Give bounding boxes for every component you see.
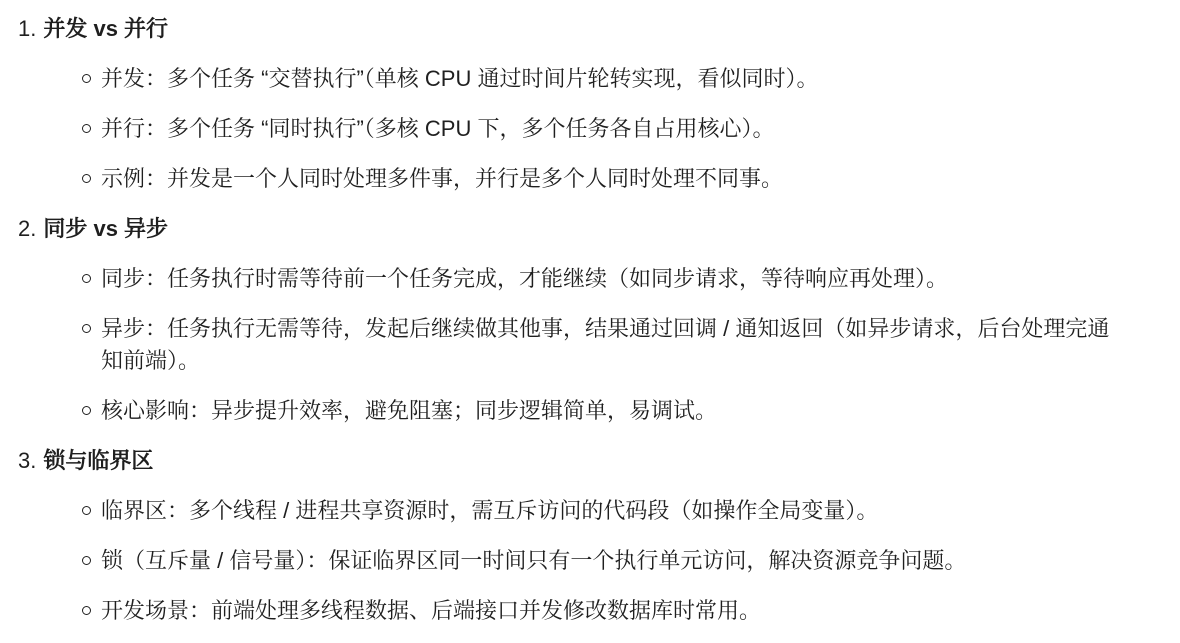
bullet-item: 示例：并发是一个人同时处理多件事，并行是多个人同时处理不同事。: [18, 163, 1118, 195]
bullet-text: 并发：多个任务 “交替执行”（单核 CPU 通过时间片轮转实现，看似同时）。: [101, 66, 818, 91]
section-item: 1.并发 vs 并行 并发：多个任务 “交替执行”（单核 CPU 通过时间片轮转…: [18, 13, 1118, 195]
section-title: 并发 vs 并行: [43, 16, 168, 41]
bullet-text: 锁（互斥量 / 信号量）：保证临界区同一时间只有一个执行单元访问，解决资源竞争问…: [101, 548, 966, 573]
circle-bullet-icon: [82, 124, 91, 133]
section-number: 3.: [18, 445, 36, 477]
section-item: 2.同步 vs 异步 同步：任务执行时需等待前一个任务完成，才能继续（如同步请求…: [18, 213, 1118, 427]
section-heading: 1.并发 vs 并行: [18, 13, 1118, 45]
section-heading: 2.同步 vs 异步: [18, 213, 1118, 245]
numbered-list: 1.并发 vs 并行 并发：多个任务 “交替执行”（单核 CPU 通过时间片轮转…: [18, 13, 1118, 627]
bullet-text: 开发场景：前端处理多线程数据、后端接口并发修改数据库时常用。: [101, 598, 761, 623]
bullet-item: 临界区：多个线程 / 进程共享资源时，需互斥访问的代码段（如操作全局变量）。: [18, 495, 1118, 527]
circle-bullet-icon: [82, 324, 91, 333]
section-title: 锁与临界区: [43, 448, 153, 473]
bullet-item: 异步：任务执行无需等待，发起后继续做其他事，结果通过回调 / 通知返回（如异步请…: [18, 313, 1118, 377]
bullet-text: 异步：任务执行无需等待，发起后继续做其他事，结果通过回调 / 通知返回（如异步请…: [101, 316, 1109, 373]
section-heading: 3.锁与临界区: [18, 445, 1118, 477]
circle-bullet-icon: [82, 556, 91, 565]
document: 1.并发 vs 并行 并发：多个任务 “交替执行”（单核 CPU 通过时间片轮转…: [0, 0, 1180, 643]
bullet-item: 并行：多个任务 “同时执行”（多核 CPU 下，多个任务各自占用核心）。: [18, 113, 1118, 145]
bullet-item: 核心影响：异步提升效率，避免阻塞；同步逻辑简单，易调试。: [18, 395, 1118, 427]
bullet-text: 核心影响：异步提升效率，避免阻塞；同步逻辑简单，易调试。: [101, 398, 717, 423]
bullet-text: 示例：并发是一个人同时处理多件事，并行是多个人同时处理不同事。: [101, 166, 783, 191]
section-number: 2.: [18, 213, 36, 245]
section-item: 3.锁与临界区 临界区：多个线程 / 进程共享资源时，需互斥访问的代码段（如操作…: [18, 445, 1118, 627]
bullet-item: 锁（互斥量 / 信号量）：保证临界区同一时间只有一个执行单元访问，解决资源竞争问…: [18, 545, 1118, 577]
section-title: 同步 vs 异步: [43, 216, 168, 241]
bullet-item: 开发场景：前端处理多线程数据、后端接口并发修改数据库时常用。: [18, 595, 1118, 627]
bullet-list: 并发：多个任务 “交替执行”（单核 CPU 通过时间片轮转实现，看似同时）。 并…: [18, 63, 1118, 195]
circle-bullet-icon: [82, 606, 91, 615]
bullet-list: 同步：任务执行时需等待前一个任务完成，才能继续（如同步请求，等待响应再处理）。 …: [18, 263, 1118, 427]
bullet-item: 并发：多个任务 “交替执行”（单核 CPU 通过时间片轮转实现，看似同时）。: [18, 63, 1118, 95]
circle-bullet-icon: [82, 506, 91, 515]
bullet-text: 并行：多个任务 “同时执行”（多核 CPU 下，多个任务各自占用核心）。: [101, 116, 774, 141]
bullet-text: 同步：任务执行时需等待前一个任务完成，才能继续（如同步请求，等待响应再处理）。: [101, 266, 948, 291]
circle-bullet-icon: [82, 174, 91, 183]
circle-bullet-icon: [82, 274, 91, 283]
circle-bullet-icon: [82, 406, 91, 415]
bullet-text: 临界区：多个线程 / 进程共享资源时，需互斥访问的代码段（如操作全局变量）。: [101, 498, 878, 523]
bullet-list: 临界区：多个线程 / 进程共享资源时，需互斥访问的代码段（如操作全局变量）。 锁…: [18, 495, 1118, 627]
circle-bullet-icon: [82, 74, 91, 83]
section-number: 1.: [18, 13, 36, 45]
bullet-item: 同步：任务执行时需等待前一个任务完成，才能继续（如同步请求，等待响应再处理）。: [18, 263, 1118, 295]
